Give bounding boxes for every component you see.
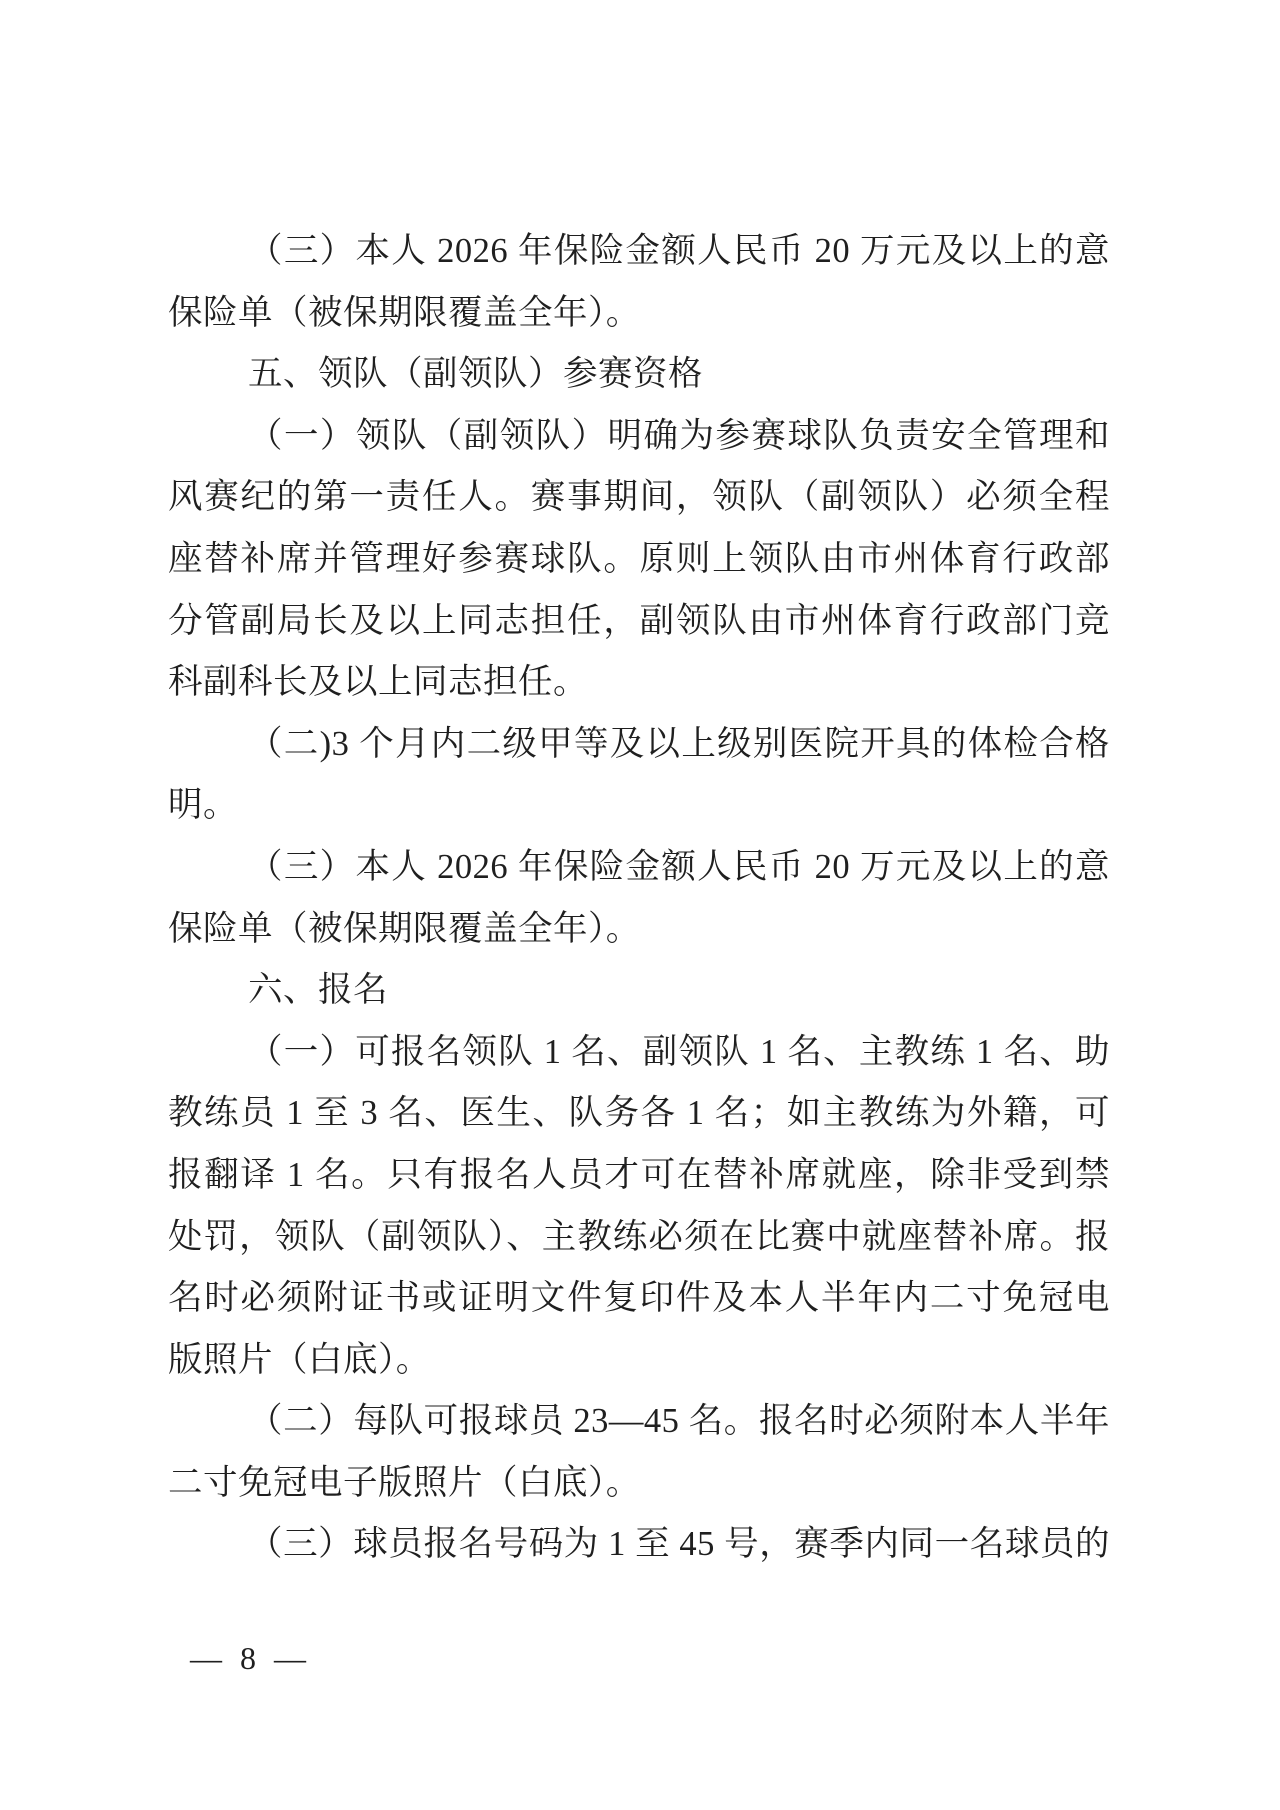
text-line: 版照片（白底）。: [168, 1330, 1110, 1392]
text-line: 明。: [168, 775, 1110, 837]
text-line: （三）球员报名号码为 1 至 45 号，赛季内同一名球员的号: [168, 1514, 1110, 1576]
text-line: （二）每队可报球员 23—45 名。报名时必须附本人半年内: [168, 1391, 1110, 1453]
page-number: — 8 —: [190, 1636, 311, 1680]
text-line: 保险单（被保期限覆盖全年）。: [168, 283, 1110, 345]
text-line: 座替补席并管理好参赛球队。原则上领队由市州体育行政部门: [168, 529, 1110, 591]
text-line: （三）本人 2026 年保险金额人民币 20 万元及以上的意外: [168, 837, 1110, 899]
text-line: 报翻译 1 名。只有报名人员才可在替补席就座，除非受到禁赛: [168, 1145, 1110, 1207]
text-line: 科副科长及以上同志担任。: [168, 652, 1110, 714]
section-heading: 五、领队（副领队）参赛资格: [168, 344, 1110, 406]
document-page: （三）本人 2026 年保险金额人民币 20 万元及以上的意外 保险单（被保期限…: [0, 0, 1280, 1810]
text-line: 二寸免冠电子版照片（白底）。: [168, 1453, 1110, 1515]
text-line: （一）可报名领队 1 名、副领队 1 名、主教练 1 名、助理: [168, 1022, 1110, 1084]
text-line: 处罚，领队（副领队）、主教练必须在比赛中就座替补席。报: [168, 1207, 1110, 1269]
text-line: （三）本人 2026 年保险金额人民币 20 万元及以上的意外: [168, 221, 1110, 283]
text-line: （一）领队（副领队）明确为参赛球队负责安全管理和赛: [168, 406, 1110, 468]
text-line: 名时必须附证书或证明文件复印件及本人半年内二寸免冠电子: [168, 1268, 1110, 1330]
text-line: 风赛纪的第一责任人。赛事期间，领队（副领队）必须全程就: [168, 467, 1110, 529]
body-text: （三）本人 2026 年保险金额人民币 20 万元及以上的意外 保险单（被保期限…: [168, 221, 1110, 1576]
text-line: （二)3 个月内二级甲等及以上级别医院开具的体检合格证: [168, 714, 1110, 776]
text-line: 教练员 1 至 3 名、医生、队务各 1 名；如主教练为外籍，可增: [168, 1083, 1110, 1145]
text-line: 分管副局长及以上同志担任，副领队由市州体育行政部门竞训: [168, 591, 1110, 653]
text-line: 保险单（被保期限覆盖全年）。: [168, 899, 1110, 961]
section-heading: 六、报名: [168, 960, 1110, 1022]
